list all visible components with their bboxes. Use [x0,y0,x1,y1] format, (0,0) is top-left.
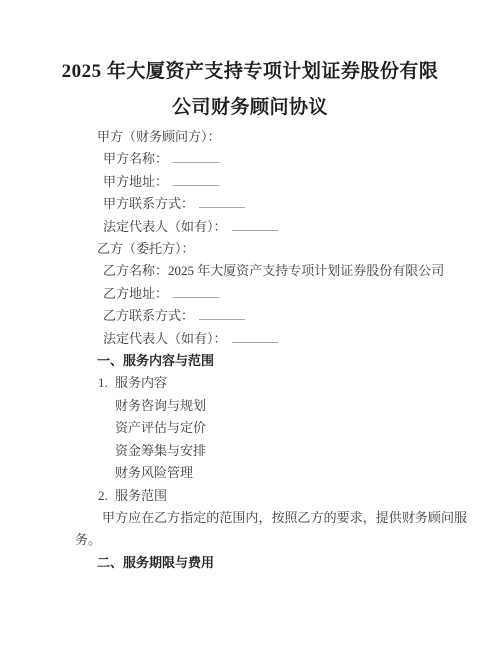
section-2-heading: 二、服务期限与费用 [97,552,467,574]
party-a-name-blank [173,149,219,163]
party-a-address-label: 甲方地址： [103,174,168,189]
section-1-item-2-label: 服务范围 [115,488,167,503]
party-b-contact-label: 乙方联系方式： [103,308,194,323]
party-a-address-row: 甲方地址： [103,171,467,193]
party-a-address-blank [173,172,219,186]
party-a-representative-label: 法定代表人（如有）： [103,219,227,234]
party-a-contact-blank [199,194,245,208]
document-page: 2025 年大厦资产支持专项计划证券股份有限 公司财务顾问协议 甲方（财务顾问方… [0,0,500,647]
party-a-representative-blank [232,217,278,231]
party-b-contact-row: 乙方联系方式： [103,305,467,327]
service-item-fundraising: 资金筹集与安排 [115,440,467,462]
section-1-item-2-row: 2.服务范围 [98,485,467,507]
party-a-name-label: 甲方名称： [103,151,168,166]
document-body: 甲方（财务顾问方）： 甲方名称： 甲方地址： 甲方联系方式： 法定代表人（如有）… [75,126,467,574]
section-1-item-1-label: 服务内容 [115,375,167,390]
service-item-risk: 财务风险管理 [115,462,467,484]
service-item-consulting: 财务咨询与规划 [115,395,467,417]
section-1-item-1-number: 1. [98,372,115,394]
section-1-heading: 一、服务内容与范围 [97,350,467,372]
service-item-valuation: 资产评估与定价 [115,417,467,439]
party-b-representative-label: 法定代表人（如有）： [103,331,227,346]
scope-paragraph: 甲方应在乙方指定的范围内，按照乙方的要求，提供财务顾问服务。 [75,507,467,552]
party-a-name-row: 甲方名称： [103,148,467,170]
party-b-representative-blank [232,329,278,343]
party-a-contact-row: 甲方联系方式： [103,193,467,215]
section-1-item-2-number: 2. [98,485,115,507]
document-title-line-2: 公司财务顾问协议 [0,90,500,126]
section-1-item-1-row: 1.服务内容 [98,372,467,394]
party-a-contact-label: 甲方联系方式： [103,196,194,211]
party-a-heading: 甲方（财务顾问方）： [97,126,467,148]
party-b-heading: 乙方（委托方）： [97,238,467,260]
party-b-name-label: 乙方名称： [103,263,168,278]
document-title-line-1: 2025 年大厦资产支持专项计划证券股份有限 [0,54,500,90]
party-b-representative-row: 法定代表人（如有）： [103,328,467,350]
party-b-address-blank [173,284,219,298]
party-b-contact-blank [199,306,245,320]
party-a-representative-row: 法定代表人（如有）： [103,216,467,238]
party-b-name-value: 2025 年大厦资产支持专项计划证券股份有限公司 [168,263,444,278]
document-title: 2025 年大厦资产支持专项计划证券股份有限 公司财务顾问协议 [0,0,500,126]
party-b-address-label: 乙方地址： [103,286,168,301]
party-b-name-row: 乙方名称：2025 年大厦资产支持专项计划证券股份有限公司 [103,260,467,282]
party-b-address-row: 乙方地址： [103,283,467,305]
